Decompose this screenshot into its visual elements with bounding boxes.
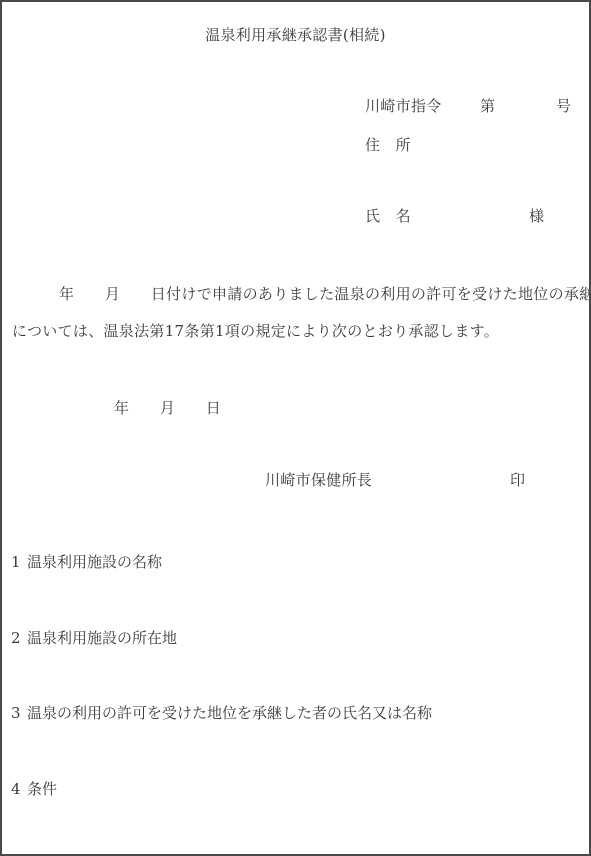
item-1-label: 温泉利用施設の名称 <box>27 553 162 571</box>
name-label: 氏 名 <box>365 207 411 225</box>
item-1-number: 1 <box>11 553 27 571</box>
body-paragraph-line1: 年 月 日付けで申請のありました温泉の利用の許可を受けた地位の承継 <box>59 285 591 303</box>
issue-date-line: 年 月 日 <box>114 399 221 417</box>
document-title: 温泉利用承継承認書(相続) <box>2 26 589 44</box>
directive-dai-label: 第 <box>480 97 495 115</box>
item-4-label: 条件 <box>27 780 57 798</box>
item-4-number: 4 <box>11 780 27 798</box>
honorific-label: 様 <box>529 207 544 225</box>
item-3-label: 温泉の利用の許可を受けた地位を承継した者の氏名又は名称 <box>27 704 432 722</box>
item-row-4: 4 条件 <box>11 780 57 798</box>
item-row-2: 2 温泉利用施設の所在地 <box>11 629 177 647</box>
document-page: 温泉利用承継承認書(相続) 川崎市指令 第 号 住 所 氏 名 様 年 月 日付… <box>0 0 591 856</box>
issuer-title: 川崎市保健所長 <box>265 471 372 489</box>
item-3-number: 3 <box>11 704 27 722</box>
seal-placeholder: 印 <box>510 471 525 489</box>
body-paragraph-line2: については、温泉法第17条第1項の規定により次のとおり承認します。 <box>12 322 499 340</box>
item-row-3: 3 温泉の利用の許可を受けた地位を承継した者の氏名又は名称 <box>11 704 432 722</box>
item-2-number: 2 <box>11 629 27 647</box>
item-2-label: 温泉利用施設の所在地 <box>27 629 177 647</box>
directive-go-label: 号 <box>556 97 571 115</box>
directive-prefix: 川崎市指令 <box>365 97 442 115</box>
address-label: 住 所 <box>365 136 411 154</box>
item-row-1: 1 温泉利用施設の名称 <box>11 553 162 571</box>
